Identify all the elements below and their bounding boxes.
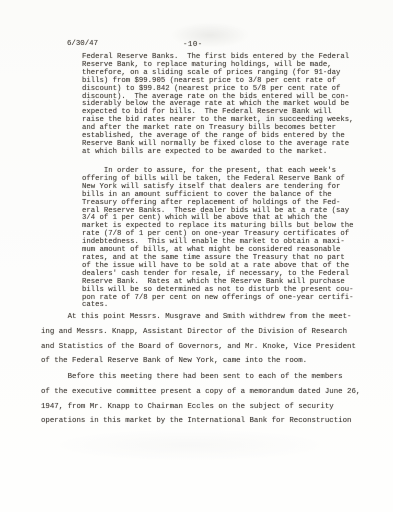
quoted-paragraph-dealer-tenders: In order to assure, for the present, tha…	[82, 168, 372, 310]
document-page: 6/30/47 -10- Federal Reserve Banks. The …	[0, 0, 393, 512]
scan-smudge	[60, 430, 320, 460]
page-number: -10-	[183, 41, 203, 49]
quoted-paragraph-bidding-scale: Federal Reserve Banks. The first bids en…	[82, 54, 372, 157]
scan-smudge	[170, 22, 250, 48]
body-paragraph-memorandum: Before this meeting there had been sent …	[41, 370, 377, 429]
date-label: 6/30/47	[67, 40, 98, 48]
body-paragraph-attendance-change: At this point Messrs. Musgrave and Smith…	[41, 310, 377, 369]
